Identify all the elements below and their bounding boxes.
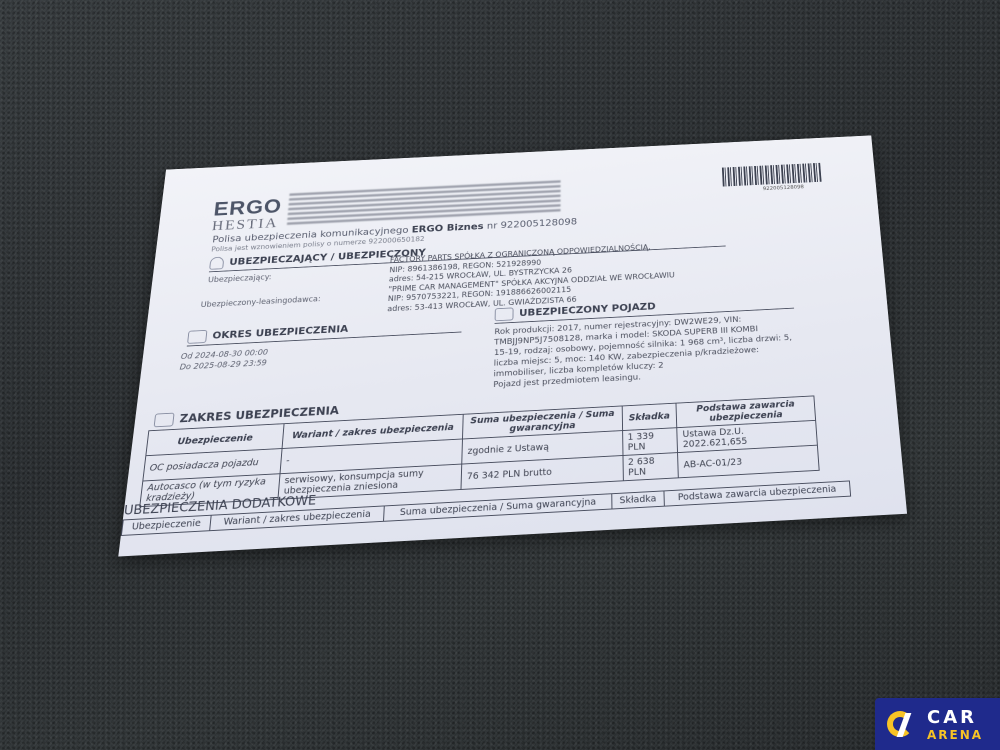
period-section-title: OKRES UBEZPIECZENIA [187, 317, 462, 347]
car-arena-watermark: CAR ARENA [875, 698, 1000, 750]
calendar-icon [187, 330, 207, 344]
car-icon [495, 307, 514, 321]
period-dates: Od 2024-08-30 00:00 Do 2025-08-29 23:59 [179, 348, 268, 374]
policy-product: ERGO Biznes [411, 221, 483, 235]
vehicle-details: Rok produkcji: 2017, numer rejestracyjny… [493, 312, 798, 391]
col-header: Składka [622, 403, 677, 430]
person-icon [209, 257, 224, 270]
barcode-number: 922005128098 [763, 184, 805, 192]
label-lessor: Ubezpieczony-leasingodawca: [200, 294, 321, 310]
col-header: Ubezpieczenie [121, 515, 211, 535]
insurance-policy-document: ERGO HESTIA Polisa ubezpieczenia komunik… [118, 135, 907, 556]
wordmark-arena: ARENA [927, 728, 983, 742]
policy-number: nr 922005128098 [487, 216, 577, 231]
period-title-text: OKRES UBEZPIECZENIA [212, 323, 349, 341]
wordmark-car: CAR [927, 707, 983, 728]
barcode-icon [722, 163, 822, 187]
ergo-hestia-logo: ERGO HESTIA [211, 195, 283, 234]
cell: 1 339 PLN [622, 428, 678, 456]
car-icon [154, 413, 175, 428]
col-header: Składka [612, 491, 665, 509]
car-arena-logo-icon [887, 707, 921, 741]
label-insurer: Ubezpieczający: [207, 272, 271, 285]
car-arena-wordmark: CAR ARENA [927, 707, 983, 742]
